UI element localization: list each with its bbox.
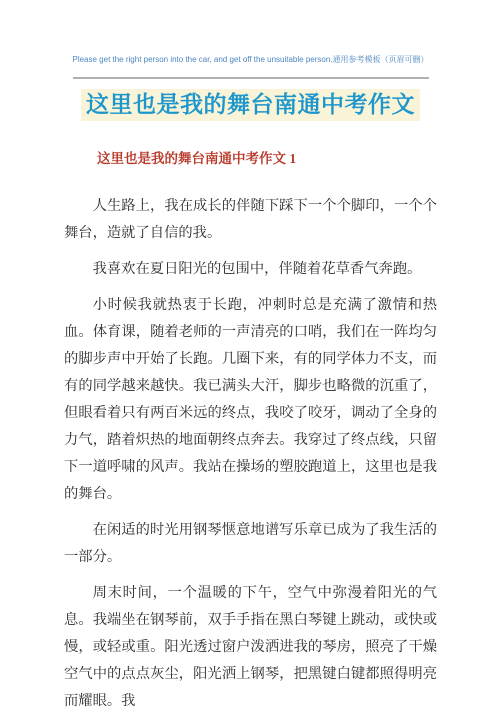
paragraph-1: 人生路上，我在成长的伴随下踩下一个个脚印，一个个舞台，造就了自信的我。 xyxy=(64,193,437,247)
header-divider xyxy=(73,77,429,79)
paragraph-5: 周末时间，一个温暖的下午，空气中弥漫着阳光的气息。我端坐在钢琴前，双手手指在黑白… xyxy=(64,580,437,708)
header-template-note: Please get the right person into the car… xyxy=(64,54,437,66)
page-title: 这里也是我的舞台南通中考作文 xyxy=(81,89,420,121)
paragraph-2: 我喜欢在夏日阳光的包围中，伴随着花草香气奔跑。 xyxy=(64,256,437,283)
essay-body: 人生路上，我在成长的伴随下踩下一个个脚印，一个个舞台，造就了自信的我。 我喜欢在… xyxy=(64,193,437,708)
title-container: 这里也是我的舞台南通中考作文 xyxy=(64,89,437,121)
paragraph-4: 在闲适的时光用钢琴惬意地谱写乐章已成为了我生活的一部分。 xyxy=(64,517,437,571)
document-page: Please get the right person into the car… xyxy=(0,0,500,708)
paragraph-3: 小时候我就热衷于长跑，冲刺时总是充满了激情和热血。体育课，随着老师的一声清亮的口… xyxy=(64,292,437,508)
section-heading: 这里也是我的舞台南通中考作文 1 xyxy=(97,151,437,167)
